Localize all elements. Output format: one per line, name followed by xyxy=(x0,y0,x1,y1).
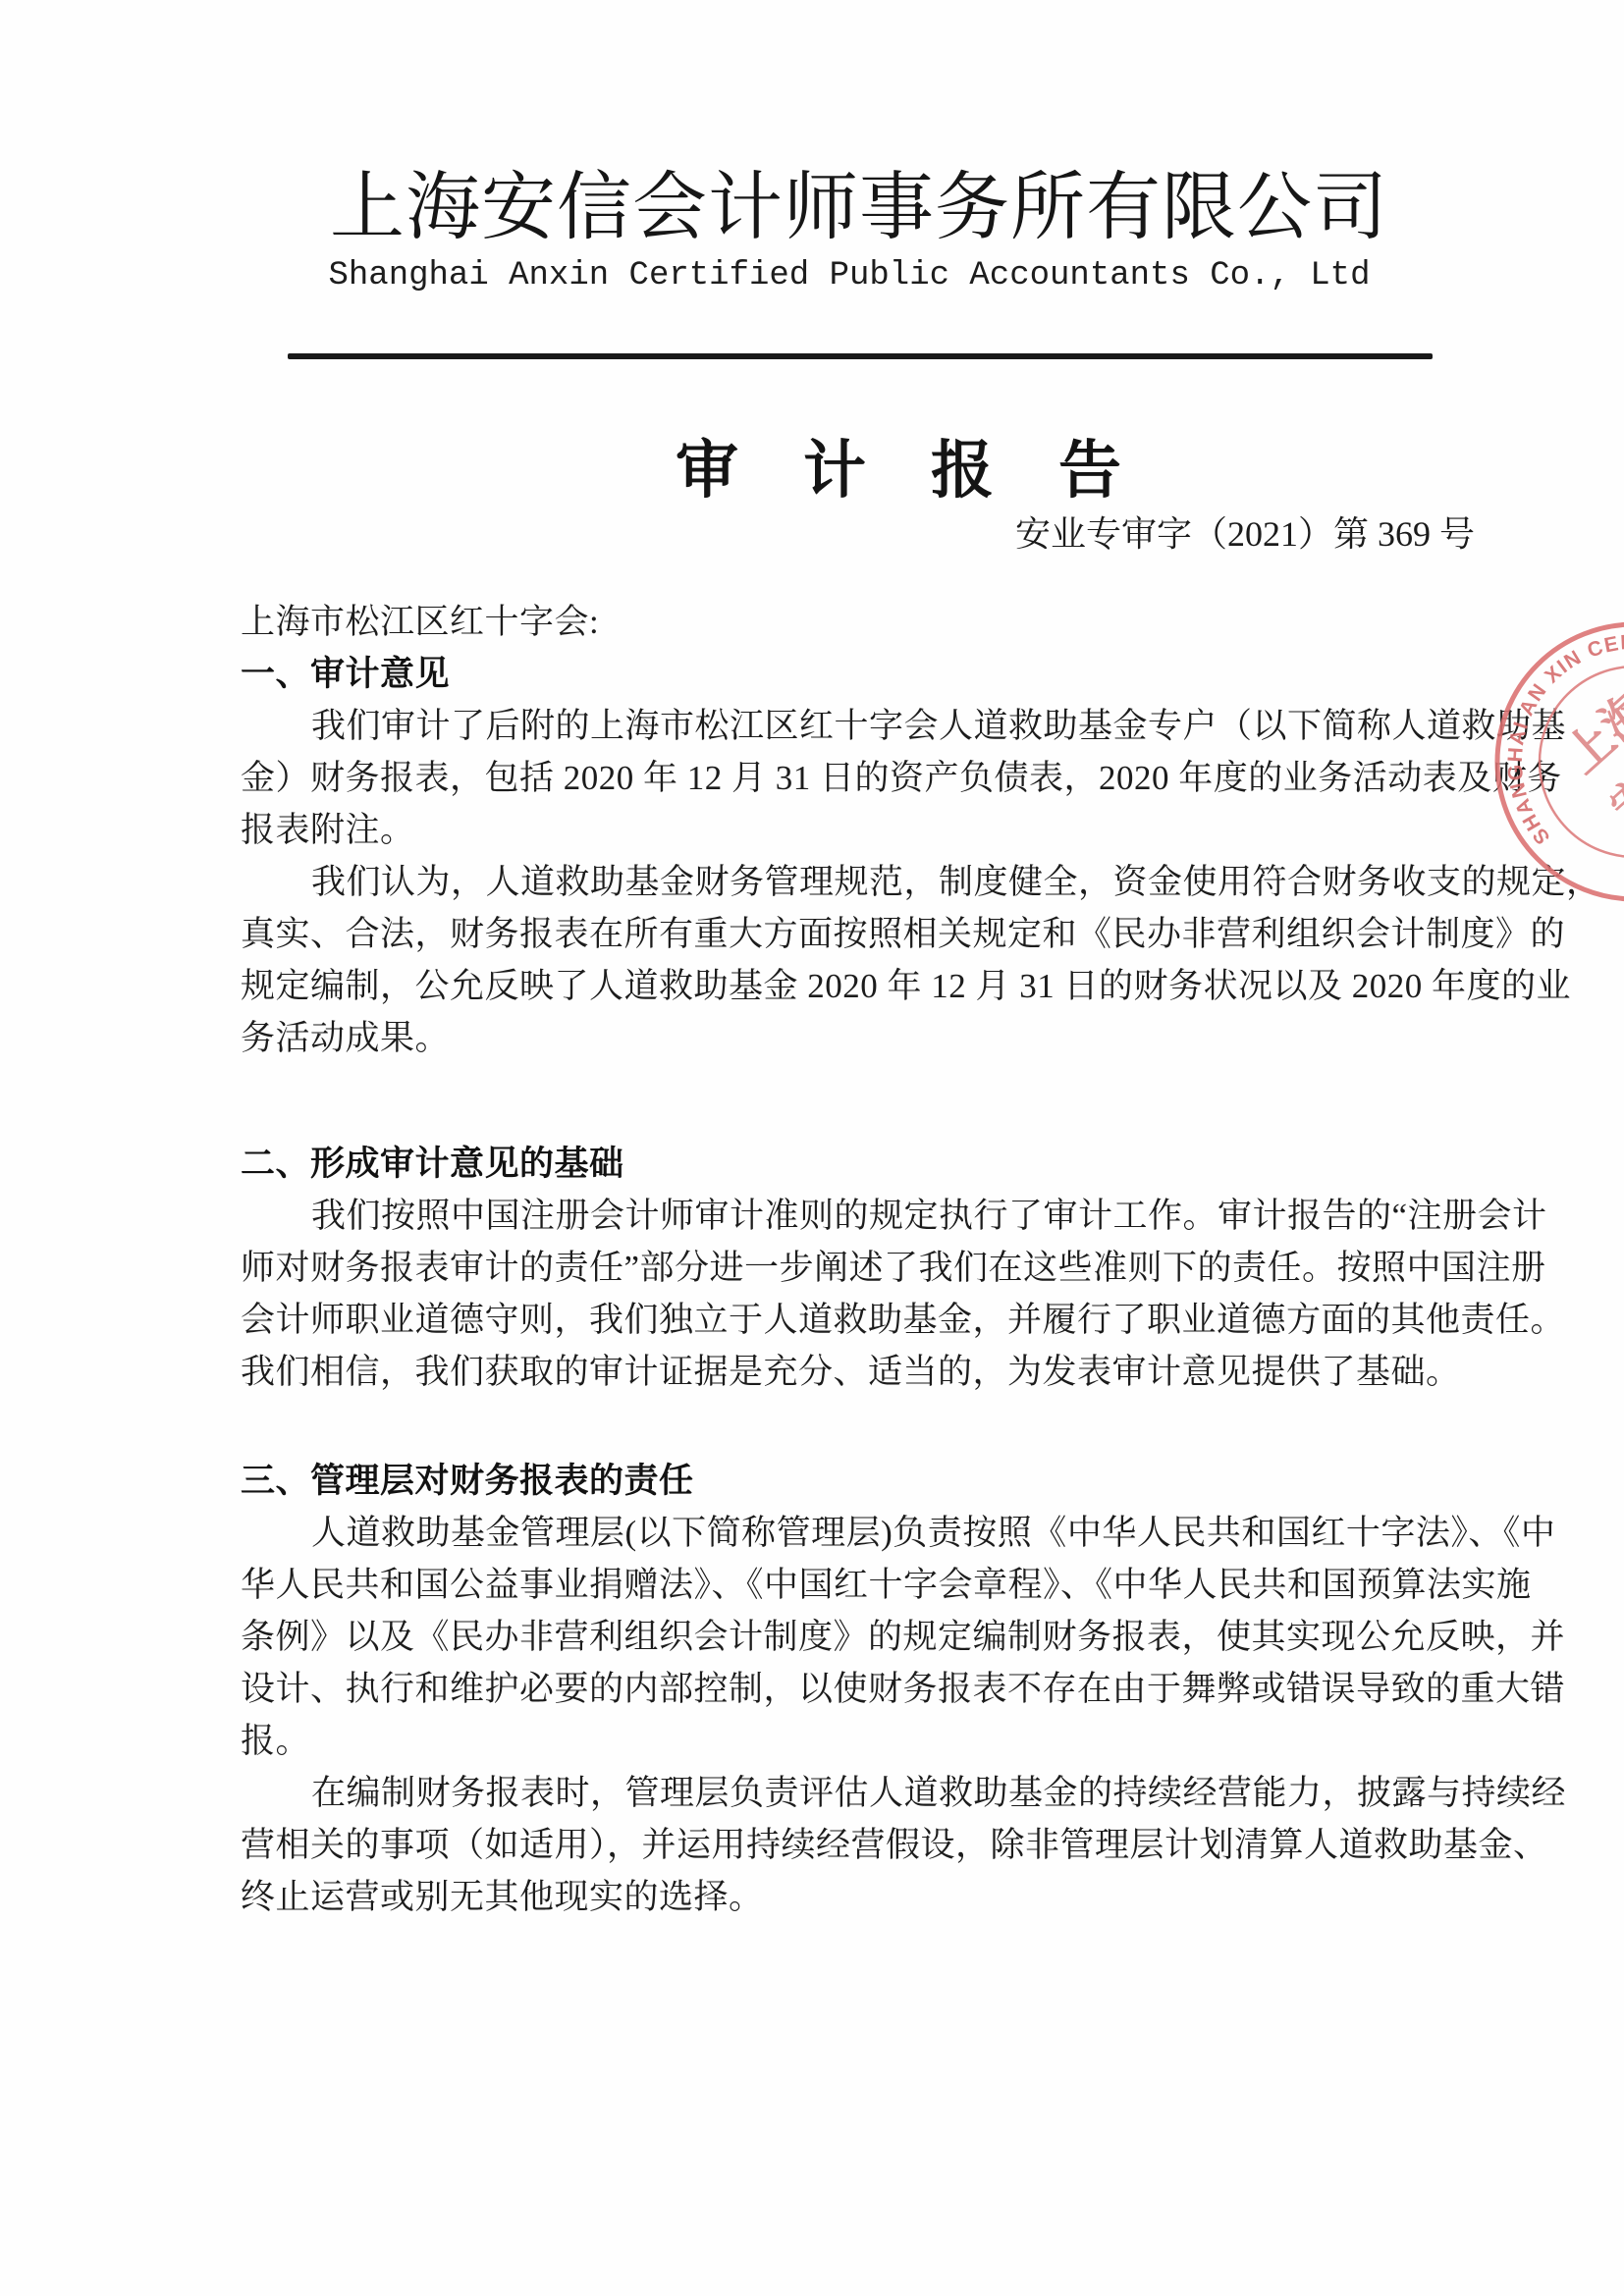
company-name-chinese: 上海安信会计师事务所有限公司 xyxy=(241,147,1478,254)
company-seal-stamp: SHANGHAI AN XIN CERTIFIED 上海 安信 xyxy=(1488,616,1624,911)
body-text-line: 规定编制，公允反映了人道救助基金 2020 年 12 月 31 日的财务状况以及… xyxy=(241,960,1470,1012)
section-2-heading: 二、形成审计意见的基础 xyxy=(241,1138,1470,1190)
body-text-line: 报表附注。 xyxy=(241,804,1470,856)
body-text-line: 我们相信，我们获取的审计证据是充分、适当的，为发表审计意见提供了基础。 xyxy=(241,1346,1470,1398)
section-gap xyxy=(241,1064,1470,1138)
audit-report-page: { "page": { "background": "#ffffff", "te… xyxy=(0,0,1624,2296)
section-1-heading: 一、审计意见 xyxy=(241,648,1470,700)
body-text-line: 会计师职业道德守则，我们独立于人道救助基金，并履行了职业道德方面的其他责任。 xyxy=(241,1294,1470,1346)
body-text-line: 我们认为，人道救助基金财务管理规范，制度健全，资金使用符合财务收支的规定， xyxy=(241,856,1470,908)
section-3-heading: 三、管理层对财务报表的责任 xyxy=(241,1455,1470,1507)
body-text-line: 金）财务报表，包括 2020 年 12 月 31 日的资产负债表，2020 年度… xyxy=(241,752,1470,804)
body-text-line: 设计、执行和维护必要的内部控制，以使财务报表不存在由于舞弊或错误导致的重大错 xyxy=(241,1663,1470,1715)
body-text-line: 人道救助基金管理层(以下简称管理层)负责按照《中华人民共和国红十字法》、《中 xyxy=(241,1507,1470,1559)
company-name-english: Shanghai Anxin Certified Public Accounta… xyxy=(241,257,1458,294)
section-gap xyxy=(241,1398,1470,1455)
header-divider-rule xyxy=(288,353,1433,359)
body-text-line: 营相关的事项（如适用），并运用持续经营假设，除非管理层计划清算人道救助基金、 xyxy=(241,1819,1470,1871)
addressee-line: 上海市松江区红十字会: xyxy=(241,596,1470,648)
document-number: 安业专审字（2021）第 369 号 xyxy=(1015,507,1475,557)
report-body: 上海市松江区红十字会: 一、审计意见 我们审计了后附的上海市松江区红十字会人道救… xyxy=(241,596,1470,1923)
body-text-line: 条例》以及《民办非营利组织会计制度》的规定编制财务报表，使其实现公允反映，并 xyxy=(241,1611,1470,1663)
body-text-line: 终止运营或别无其他现实的选择。 xyxy=(241,1871,1470,1923)
paper-background: 上海安信会计师事务所有限公司 Shanghai Anxin Certified … xyxy=(0,0,1624,2296)
body-text-line: 在编制财务报表时，管理层负责评估人道救助基金的持续经营能力，披露与持续经 xyxy=(241,1767,1470,1819)
body-text-line: 真实、合法，财务报表在所有重大方面按照相关规定和《民办非营利组织会计制度》的 xyxy=(241,908,1470,960)
body-text-line: 华人民共和国公益事业捐赠法》、《中国红十字会章程》、《中华人民共和国预算法实施 xyxy=(241,1559,1470,1611)
body-text-line: 报。 xyxy=(241,1715,1470,1767)
body-text-line: 我们按照中国注册会计师审计准则的规定执行了审计工作。审计报告的“注册会计 xyxy=(241,1190,1470,1242)
body-text-line: 师对财务报表审计的责任”部分进一步阐述了我们在这些准则下的责任。按照中国注册 xyxy=(241,1242,1470,1294)
body-text-line: 我们审计了后附的上海市松江区红十字会人道救助基金专户（以下简称人道救助基 xyxy=(241,700,1470,752)
body-text-line: 务活动成果。 xyxy=(241,1012,1470,1064)
report-title: 审计报告 xyxy=(676,420,1186,510)
